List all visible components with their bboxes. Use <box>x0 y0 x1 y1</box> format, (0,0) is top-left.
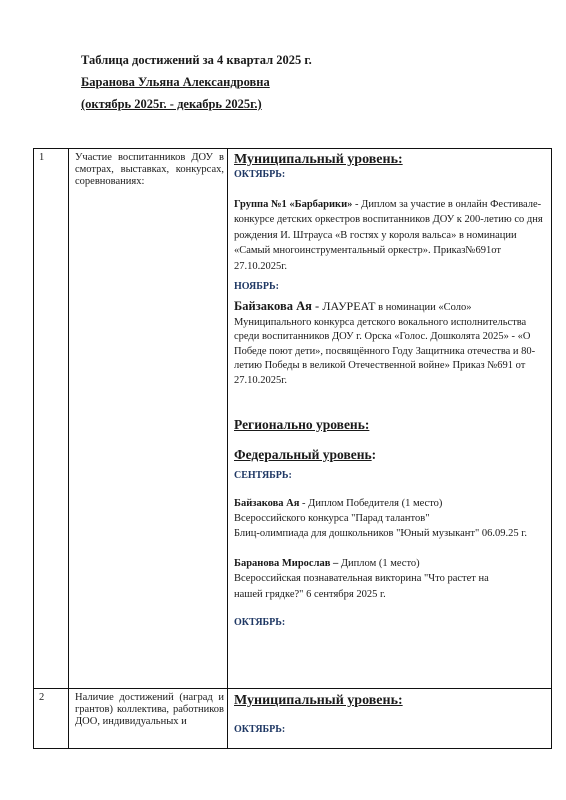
participant-name: Байзакова Ая <box>234 498 299 509</box>
participant-name: Байзакова Ая <box>234 299 312 313</box>
teacher-name: Баранова Ульяна Александровна <box>81 75 312 97</box>
achievement-entry: Байзакова Ая - ЛАУРЕАТ в номинации «Соло… <box>234 299 543 389</box>
criterion-cell: Наличие достижений (наград и грантов) ко… <box>69 689 228 749</box>
award-title: ЛАУРЕАТ <box>322 299 375 313</box>
regional-level-heading: Регионально уровень: <box>234 416 543 433</box>
table-row: 2 Наличие достижений (наград и грантов) … <box>34 689 552 749</box>
month-label-october: ОКТЯБРЬ: <box>234 616 543 629</box>
month-label-november: НОЯБРЬ: <box>234 280 543 293</box>
month-label-september: СЕНТЯБРЬ: <box>234 469 543 482</box>
achievement-text: в номинации «Соло» Муниципального конкур… <box>234 302 535 386</box>
achievements-table: 1 Участие воспитанников ДОУ в смотрах, в… <box>33 148 552 749</box>
month-label-october: ОКТЯБРЬ: <box>234 723 543 736</box>
month-label-october: ОКТЯБРЬ: <box>234 168 543 181</box>
achievement-entry: Баранова Мирослав – Диплом (1 место)Всер… <box>234 556 543 602</box>
municipal-level-heading: Муниципальный уровень: <box>234 151 543 168</box>
municipal-level-heading: Муниципальный уровень: <box>234 692 543 709</box>
table-row: 1 Участие воспитанников ДОУ в смотрах, в… <box>34 149 552 689</box>
report-period: (октябрь 2025г. - декабрь 2025г.) <box>81 97 312 119</box>
achievements-cell: Муниципальный уровень: ОКТЯБРЬ: Группа №… <box>228 149 552 689</box>
achievement-entry: Группа №1 «Барбарики» - Диплом за участи… <box>234 197 543 274</box>
document-header: Таблица достижений за 4 квартал 2025 г. … <box>81 53 312 119</box>
document-title: Таблица достижений за 4 квартал 2025 г. <box>81 53 312 75</box>
row-number: 1 <box>34 149 69 689</box>
achievements-cell: Муниципальный уровень: ОКТЯБРЬ: <box>228 689 552 749</box>
criterion-cell: Участие воспитанников ДОУ в смотрах, выс… <box>69 149 228 689</box>
federal-level-heading: Федеральный уровень: <box>234 446 543 463</box>
achievement-entry: Байзакова Ая - Диплом Победителя (1 мест… <box>234 496 543 542</box>
participant-name: Баранова Мирослав – <box>234 558 338 569</box>
row-number: 2 <box>34 689 69 749</box>
participant-name: Группа №1 «Барбарики» <box>234 199 352 210</box>
